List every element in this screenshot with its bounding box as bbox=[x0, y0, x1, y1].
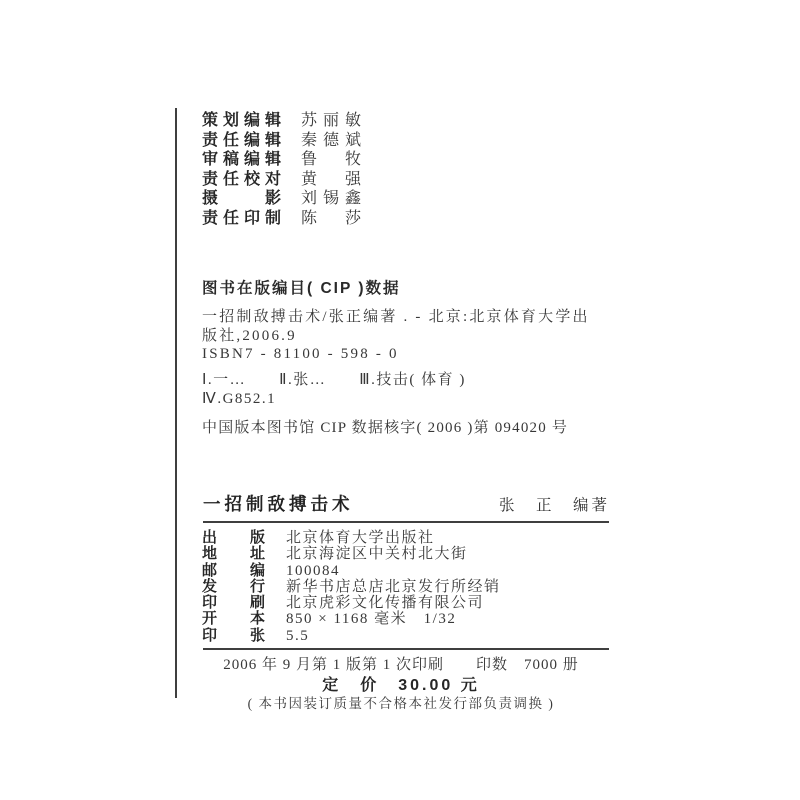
cip-classification-line1: Ⅰ.一… Ⅱ.张… Ⅲ.技击( 体育 ) bbox=[202, 371, 466, 390]
publication-label: 地 址 bbox=[202, 546, 266, 562]
publication-label: 印 张 bbox=[202, 628, 266, 644]
publication-label: 发 行 bbox=[202, 579, 266, 595]
publication-value: 新华书店总店北京发行所经销 bbox=[286, 579, 501, 595]
credit-row: 摄 影刘锡鑫 bbox=[202, 189, 367, 209]
credit-row: 责任编辑秦德斌 bbox=[202, 131, 367, 151]
cip-classification-line2: Ⅳ.G852.1 bbox=[202, 390, 466, 409]
credit-value: 陈 莎 bbox=[301, 209, 367, 229]
credit-label: 责任编辑 bbox=[202, 131, 286, 151]
publication-label: 出 版 bbox=[202, 530, 266, 546]
credit-label: 责任印制 bbox=[202, 209, 286, 229]
publication-row: 地 址北京海淀区中关村北大街 bbox=[202, 546, 501, 562]
credit-value: 鲁 牧 bbox=[301, 150, 367, 170]
credit-row: 责任校对黄 强 bbox=[202, 170, 367, 190]
publication-row: 印 张5.5 bbox=[202, 628, 501, 644]
cip-isbn: ISBN7 - 81100 - 598 - 0 bbox=[202, 345, 590, 364]
credit-label: 责任校对 bbox=[202, 170, 286, 190]
credit-value: 刘锡鑫 bbox=[301, 189, 367, 209]
publication-row: 开 本850 × 1168 毫米 1/32 bbox=[202, 611, 501, 627]
divider-top bbox=[203, 521, 609, 523]
publication-value: 100084 bbox=[286, 563, 340, 579]
exchange-note: ( 本书因装订质量不合格本社发行部负责调换 ) bbox=[175, 695, 627, 712]
publication-value: 北京体育大学出版社 bbox=[286, 530, 435, 546]
publication-label: 开 本 bbox=[202, 611, 266, 627]
publication-row: 发 行新华书店总店北京发行所经销 bbox=[202, 579, 501, 595]
divider-bottom bbox=[203, 648, 609, 650]
cip-record: 中国版本图书馆 CIP 数据核字( 2006 )第 094020 号 bbox=[202, 416, 568, 437]
book-title: 一招制敌搏击术 bbox=[203, 491, 354, 516]
credits-block: 策划编辑苏丽敏 责任编辑秦德斌 审稿编辑鲁 牧 责任校对黄 强 摄 影刘锡鑫 责… bbox=[202, 111, 367, 229]
publication-value: 850 × 1168 毫米 1/32 bbox=[286, 611, 456, 627]
credit-row: 责任印制陈 莎 bbox=[202, 209, 367, 229]
publication-value: 5.5 bbox=[286, 628, 309, 644]
credit-value: 秦德斌 bbox=[301, 131, 367, 151]
credit-label: 摄 影 bbox=[202, 189, 286, 209]
publication-row: 印 刷北京虎彩文化传播有限公司 bbox=[202, 595, 501, 611]
cip-description-line2: 版社,2006.9 bbox=[202, 327, 590, 346]
publication-value: 北京虎彩文化传播有限公司 bbox=[286, 595, 484, 611]
credit-value: 苏丽敏 bbox=[301, 111, 367, 131]
cip-heading: 图书在版编目( CIP )数据 bbox=[202, 276, 401, 298]
publication-label: 印 刷 bbox=[202, 595, 266, 611]
cip-classification: Ⅰ.一… Ⅱ.张… Ⅲ.技击( 体育 ) Ⅳ.G852.1 bbox=[202, 371, 466, 408]
cip-description-line1: 一招制敌搏击术/张正编著 . - 北京:北京体育大学出 bbox=[202, 308, 590, 327]
edition-line: 2006 年 9 月第 1 版第 1 次印刷 印数 7000 册 bbox=[175, 656, 627, 676]
publication-block: 出 版北京体育大学出版社 地 址北京海淀区中关村北大街 邮 编100084 发 … bbox=[202, 530, 501, 644]
publication-row: 出 版北京体育大学出版社 bbox=[202, 530, 501, 546]
publication-value: 北京海淀区中关村北大街 bbox=[286, 546, 468, 562]
credit-row: 审稿编辑鲁 牧 bbox=[202, 150, 367, 170]
credit-value: 黄 强 bbox=[301, 170, 367, 190]
credit-row: 策划编辑苏丽敏 bbox=[202, 111, 367, 131]
price-line: 定 价 30.00 元 bbox=[175, 676, 627, 696]
book-author: 张 正 编著 bbox=[499, 493, 610, 515]
publication-row: 邮 编100084 bbox=[202, 563, 501, 579]
printing-block: 2006 年 9 月第 1 版第 1 次印刷 印数 7000 册 定 价 30.… bbox=[175, 656, 627, 712]
credit-label: 审稿编辑 bbox=[202, 150, 286, 170]
book-title-row: 一招制敌搏击术 张 正 编著 bbox=[203, 491, 610, 516]
copyright-page: 策划编辑苏丽敏 责任编辑秦德斌 审稿编辑鲁 牧 责任校对黄 强 摄 影刘锡鑫 责… bbox=[0, 0, 800, 800]
cip-description: 一招制敌搏击术/张正编著 . - 北京:北京体育大学出 版社,2006.9 IS… bbox=[202, 308, 590, 364]
left-border-line bbox=[175, 108, 177, 698]
credit-label: 策划编辑 bbox=[202, 111, 286, 131]
publication-label: 邮 编 bbox=[202, 563, 266, 579]
